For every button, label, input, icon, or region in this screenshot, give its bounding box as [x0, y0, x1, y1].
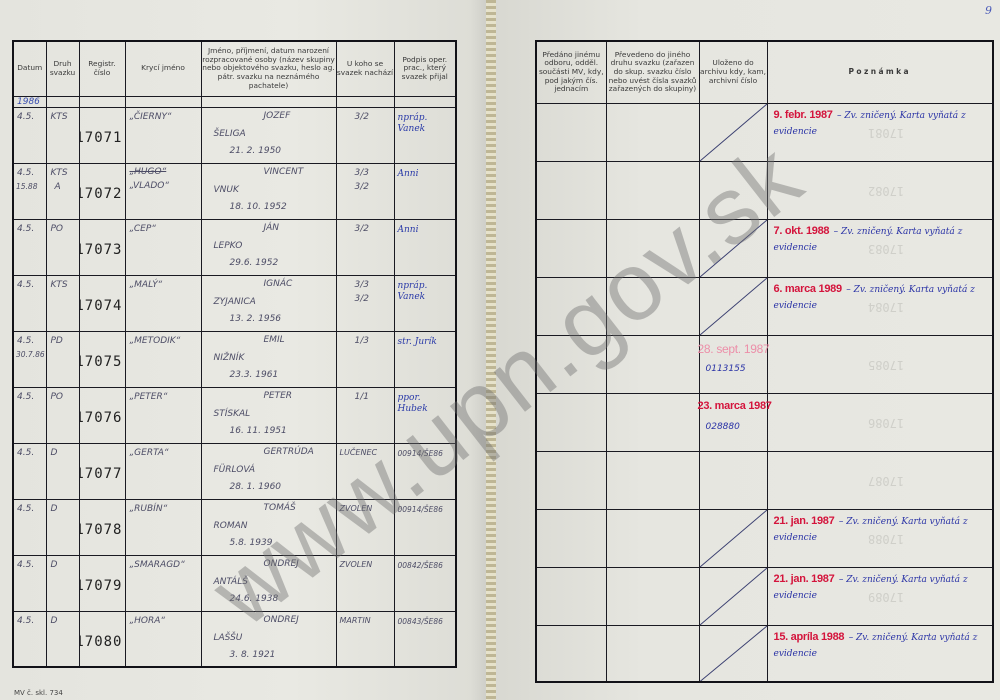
- converted-cell: [606, 393, 699, 451]
- cover-name-struck: „HUGO“: [130, 167, 167, 177]
- table-row: 170837. okt. 1988 – Zv. zničený. Karta v…: [536, 219, 993, 277]
- file-type: PO: [51, 224, 64, 234]
- cover-name: „CEP“: [130, 224, 156, 234]
- reg-cell: 17071: [79, 107, 125, 163]
- holder-cell: 3/2: [336, 107, 394, 163]
- date: 4.5.: [17, 280, 34, 290]
- transferred-cell: [536, 451, 606, 509]
- person-cell: ONDREJANTÁLŠ24.6. 1938: [201, 555, 336, 611]
- first-name: TOMÁŠ: [264, 503, 296, 513]
- archive-cell: [699, 625, 767, 682]
- file-type: D: [51, 504, 58, 514]
- reg-cell: 17080: [79, 611, 125, 667]
- strike-diagonal-icon: [700, 510, 767, 567]
- converted-cell: [606, 103, 699, 161]
- holder-cell: ZVOLEN: [336, 499, 394, 555]
- table-row: 4.5.D17078„RUBÍN“TOMÁŠROMAN5.8. 1939ZVOL…: [13, 499, 456, 555]
- file-type: KTS: [51, 112, 68, 122]
- table-row: 28. sept. 1987011315517085: [536, 335, 993, 393]
- cover-name: „GERTA“: [130, 448, 169, 458]
- holder-cell: 1/3: [336, 331, 394, 387]
- date: 4.5.: [17, 560, 34, 570]
- reg-cell: 17077: [79, 443, 125, 499]
- last-name: ROMAN: [214, 521, 248, 531]
- registration-number: 17079: [79, 578, 123, 594]
- file-type: D: [51, 560, 58, 570]
- spine-shadow: [470, 0, 486, 700]
- table-row: 17082: [536, 161, 993, 219]
- file-type: KTS: [51, 168, 68, 178]
- register-table-left: Datum Druh svazku Registr. číslo Krycí j…: [12, 40, 457, 668]
- first-name: ONDREJ: [264, 615, 299, 625]
- birth-date: 21. 2. 1950: [230, 146, 282, 156]
- holder-cell: 3/33/2: [336, 275, 394, 331]
- first-name: ONDREJ: [264, 559, 299, 569]
- reg-cell: 17073: [79, 219, 125, 275]
- strike-diagonal-icon: [700, 104, 767, 161]
- table-row: 4.5.KTS17071„ČIERNY“JOZEFŠELIGA21. 2. 19…: [13, 107, 456, 163]
- first-name: IGNÁC: [264, 279, 293, 289]
- holder-secondary: 3/2: [355, 294, 369, 304]
- note-cell: 170846. marca 1989 – Zv. zničený. Karta …: [767, 277, 993, 335]
- person-cell: EMILNIŽNÍK23.3. 1961: [201, 331, 336, 387]
- type-cell: D: [46, 555, 79, 611]
- person-cell: PETERSTÍSKAL16. 11. 1951: [201, 387, 336, 443]
- signature: str. Jurík: [398, 337, 453, 348]
- first-name: JOZEF: [264, 111, 291, 121]
- header-note: Poznámka: [767, 41, 993, 103]
- signature: 00843/ŠE86: [398, 617, 443, 626]
- cover-cell: „HORA“: [125, 611, 201, 667]
- note-cell: 17086: [767, 393, 993, 451]
- birth-date: 13. 2. 1956: [230, 314, 282, 324]
- file-type: KTS: [51, 280, 68, 290]
- archive-cell: 23. marca 1987028880: [699, 393, 767, 451]
- cover-cell: „GERTA“: [125, 443, 201, 499]
- note-cell: 170819. febr. 1987 – Zv. zničený. Karta …: [767, 103, 993, 161]
- holder: 3/3: [355, 280, 369, 290]
- converted-cell: [606, 625, 699, 682]
- birth-date: 24.6. 1938: [230, 594, 279, 604]
- transferred-cell: [536, 277, 606, 335]
- cover-name: „SMARAGD“: [130, 560, 185, 570]
- table-row: 4.5.PO17076„PETER“PETERSTÍSKAL16. 11. 19…: [13, 387, 456, 443]
- transferred-cell: [536, 567, 606, 625]
- signature: 00842/ŠE86: [398, 561, 443, 570]
- note-date-stamp: 7. okt. 1988: [774, 225, 830, 237]
- note-cell: 170837. okt. 1988 – Zv. zničený. Karta v…: [767, 219, 993, 277]
- first-name: JÁN: [264, 223, 280, 233]
- registration-number: 17080: [79, 634, 123, 650]
- converted-cell: [606, 277, 699, 335]
- archive-date-stamp: 28. sept. 1987: [698, 342, 770, 356]
- cover-name: „VLADO“: [130, 181, 170, 191]
- first-name: PETER: [264, 391, 293, 401]
- holder: MARTIN: [340, 616, 371, 625]
- transferred-cell: [536, 393, 606, 451]
- reg-cell: 17078: [79, 499, 125, 555]
- archive-cell: [699, 103, 767, 161]
- first-name: VINCENT: [264, 167, 304, 177]
- holder-cell: LUČENEC: [336, 443, 394, 499]
- holder: 1/3: [355, 336, 369, 346]
- date-cell: 4.5.30.7.86: [13, 331, 46, 387]
- signature-cell: ppor. Hubek: [394, 387, 456, 443]
- cover-cell: „HUGO“„VLADO“: [125, 163, 201, 219]
- signature: Anni: [398, 169, 453, 180]
- cover-name: „METODIK“: [130, 336, 181, 346]
- date-cell: 4.5.: [13, 219, 46, 275]
- signature-cell: str. Jurík: [394, 331, 456, 387]
- note-cell: 1708921. jan. 1987 – Zv. zničený. Karta …: [767, 567, 993, 625]
- registration-number: 17078: [79, 522, 123, 538]
- registration-number: 17076: [79, 410, 123, 426]
- header-registration-number: Registr. číslo: [79, 41, 125, 96]
- birth-date: 28. 1. 1960: [230, 482, 282, 492]
- date-cell: 4.5.: [13, 611, 46, 667]
- holder: 3/2: [355, 112, 369, 122]
- strike-diagonal-icon: [700, 220, 767, 277]
- bleed-through-number: 17082: [868, 184, 904, 198]
- archive-cell: [699, 451, 767, 509]
- note-cell: 17087: [767, 451, 993, 509]
- header-date: Datum: [13, 41, 46, 96]
- note-cell: 1708821. jan. 1987 – Zv. zničený. Karta …: [767, 509, 993, 567]
- reg-cell: 17072: [79, 163, 125, 219]
- type-cell: D: [46, 611, 79, 667]
- cover-cell: „ČIERNY“: [125, 107, 201, 163]
- last-name: ANTÁLŠ: [214, 577, 248, 587]
- table-row: 17087: [536, 451, 993, 509]
- table-row: 170846. marca 1989 – Zv. zničený. Karta …: [536, 277, 993, 335]
- archive-cell: [699, 277, 767, 335]
- person-cell: JOZEFŠELIGA21. 2. 1950: [201, 107, 336, 163]
- last-name: ŠELIGA: [214, 129, 246, 139]
- date-secondary: 15.88: [16, 182, 37, 191]
- date-cell: 4.5.: [13, 443, 46, 499]
- note-date-stamp: 15. apríla 1988: [774, 631, 845, 643]
- note-cell: 17082: [767, 161, 993, 219]
- converted-cell: [606, 509, 699, 567]
- archive-cell: 28. sept. 19870113155: [699, 335, 767, 393]
- date-cell: 4.5.: [13, 275, 46, 331]
- converted-cell: [606, 219, 699, 277]
- holder-cell: 1/1: [336, 387, 394, 443]
- registration-number: 17074: [79, 298, 123, 314]
- signature: 00914/ŠE86: [398, 449, 443, 458]
- date-cell: 4.5.: [13, 555, 46, 611]
- note-date-stamp: 6. marca 1989: [774, 283, 842, 295]
- date-cell: 4.5.: [13, 387, 46, 443]
- cover-name: „RUBÍN“: [130, 504, 168, 514]
- last-name: NIŽNÍK: [214, 353, 245, 363]
- last-name: VNUK: [214, 185, 239, 195]
- holder: LUČENEC: [340, 448, 378, 457]
- file-type: D: [51, 616, 58, 626]
- person-cell: JÁNLEPKO29.6. 1952: [201, 219, 336, 275]
- converted-cell: [606, 451, 699, 509]
- holder-cell: ZVOLEN: [336, 555, 394, 611]
- note-date-stamp: 21. jan. 1987: [774, 573, 835, 585]
- signature-cell: 00914/ŠE86: [394, 499, 456, 555]
- file-type: PO: [51, 392, 64, 402]
- table-row: 4.5.D17077„GERTA“GERTRÚDAFÜRLOVÁ28. 1. 1…: [13, 443, 456, 499]
- file-type-secondary: A: [55, 182, 61, 192]
- registration-number: 17077: [79, 466, 123, 482]
- archive-date-stamp: 23. marca 1987: [698, 400, 772, 412]
- date-cell: 4.5.: [13, 107, 46, 163]
- signature-cell: npráp. Vanek: [394, 107, 456, 163]
- cover-name: „ČIERNY“: [130, 112, 172, 122]
- cover-cell: „MALÝ“: [125, 275, 201, 331]
- registration-number: 17073: [79, 242, 123, 258]
- reg-cell: 17079: [79, 555, 125, 611]
- holder-secondary: 3/2: [355, 182, 369, 192]
- converted-cell: [606, 567, 699, 625]
- cover-cell: „METODIK“: [125, 331, 201, 387]
- year-label: 1986: [17, 97, 40, 107]
- transferred-cell: [536, 219, 606, 277]
- signature-cell: 00843/ŠE86: [394, 611, 456, 667]
- type-cell: PO: [46, 219, 79, 275]
- date: 4.5.: [17, 336, 34, 346]
- first-name: EMIL: [264, 335, 285, 345]
- date: 4.5.: [17, 616, 34, 626]
- birth-date: 23.3. 1961: [230, 370, 279, 380]
- holder-cell: MARTIN: [336, 611, 394, 667]
- birth-date: 3. 8. 1921: [230, 650, 276, 660]
- date: 4.5.: [17, 392, 34, 402]
- reg-cell: 17075: [79, 331, 125, 387]
- date: 4.5.: [17, 224, 34, 234]
- transferred-cell: [536, 625, 606, 682]
- type-cell: D: [46, 443, 79, 499]
- type-cell: PO: [46, 387, 79, 443]
- last-name: ZYJANICA: [214, 297, 256, 307]
- date: 4.5.: [17, 504, 34, 514]
- table-row: 4.5.15.88KTSA17072„HUGO“„VLADO“VINCENTVN…: [13, 163, 456, 219]
- date-cell: 4.5.: [13, 499, 46, 555]
- cover-cell: „PETER“: [125, 387, 201, 443]
- page-number: 9: [985, 4, 992, 17]
- last-name: FÜRLOVÁ: [214, 465, 256, 475]
- cover-name: „HORA“: [130, 616, 166, 626]
- type-cell: KTS: [46, 107, 79, 163]
- date: 4.5.: [17, 168, 34, 178]
- signature: Anni: [398, 225, 453, 236]
- reg-cell: 17074: [79, 275, 125, 331]
- register-table-right: Předáno jinému odboru, odděl. součásti M…: [535, 40, 994, 683]
- signature: ppor. Hubek: [398, 393, 453, 415]
- signature-cell: 00842/ŠE86: [394, 555, 456, 611]
- archive-cell: [699, 161, 767, 219]
- cover-cell: „SMARAGD“: [125, 555, 201, 611]
- birth-date: 29.6. 1952: [230, 258, 279, 268]
- table-row: 1708821. jan. 1987 – Zv. zničený. Karta …: [536, 509, 993, 567]
- holder-cell: 3/2: [336, 219, 394, 275]
- registration-number: 17072: [79, 186, 123, 202]
- signature: npráp. Vanek: [398, 281, 453, 303]
- header-converted: Převedeno do jiného druhu svazku (zařaze…: [606, 41, 699, 103]
- table-row: 4.5.D17079„SMARAGD“ONDREJANTÁLŠ24.6. 193…: [13, 555, 456, 611]
- archive-cell: [699, 567, 767, 625]
- bleed-through-number: 17085: [868, 358, 904, 372]
- signature-cell: 00914/ŠE86: [394, 443, 456, 499]
- type-cell: KTSA: [46, 163, 79, 219]
- file-type: D: [51, 448, 58, 458]
- header-holder: U koho se svazek nachází: [336, 41, 394, 96]
- note-cell: 17085: [767, 335, 993, 393]
- person-cell: GERTRÚDAFÜRLOVÁ28. 1. 1960: [201, 443, 336, 499]
- header-person-details: Jméno, příjmení, datum narození rozpraco…: [201, 41, 336, 96]
- strike-diagonal-icon: [700, 568, 767, 625]
- signature: npráp. Vanek: [398, 113, 453, 135]
- date: 4.5.: [17, 448, 34, 458]
- header-signature: Podpis oper. prac., který svazek přijal: [394, 41, 456, 96]
- strike-diagonal-icon: [700, 278, 767, 335]
- holder: 1/1: [355, 392, 369, 402]
- holder: ZVOLEN: [340, 504, 373, 513]
- reg-cell: 17076: [79, 387, 125, 443]
- last-name: LEPKO: [214, 241, 243, 251]
- archive-number: 0113155: [706, 364, 746, 374]
- strike-diagonal-icon: [700, 626, 767, 682]
- year-cell: 1986: [13, 96, 46, 107]
- person-cell: IGNÁCZYJANICA13. 2. 1956: [201, 275, 336, 331]
- table-row: 1708921. jan. 1987 – Zv. zničený. Karta …: [536, 567, 993, 625]
- form-footer: MV č. skl. 734: [14, 689, 63, 697]
- holder: 3/3: [355, 168, 369, 178]
- person-cell: TOMÁŠROMAN5.8. 1939: [201, 499, 336, 555]
- converted-cell: [606, 161, 699, 219]
- date: 4.5.: [17, 112, 34, 122]
- table-row: 23. marca 198702888017086: [536, 393, 993, 451]
- archive-number: 028880: [706, 422, 740, 432]
- table-row: 4.5.KTS17074„MALÝ“IGNÁCZYJANICA13. 2. 19…: [13, 275, 456, 331]
- header-file-type: Druh svazku: [46, 41, 79, 96]
- header-archived: Uloženo do archivu kdy, kam, archivní čí…: [699, 41, 767, 103]
- header-cover-name: Krycí jméno: [125, 41, 201, 96]
- last-name: LAŠŠU: [214, 633, 243, 643]
- signature-cell: Anni: [394, 219, 456, 275]
- signature-cell: Anni: [394, 163, 456, 219]
- note-date-stamp: 9. febr. 1987: [774, 109, 833, 121]
- table-row: 4.5.D17080„HORA“ONDREJLAŠŠU3. 8. 1921MAR…: [13, 611, 456, 667]
- type-cell: D: [46, 499, 79, 555]
- table-row: 4.5.30.7.86PD17075„METODIK“EMILNIŽNÍK23.…: [13, 331, 456, 387]
- file-type: PD: [51, 336, 63, 346]
- type-cell: KTS: [46, 275, 79, 331]
- holder: 3/2: [355, 224, 369, 234]
- bleed-through-number: 17087: [868, 474, 904, 488]
- book-spine-binding: [486, 0, 496, 700]
- cover-cell: „CEP“: [125, 219, 201, 275]
- cover-name: „MALÝ“: [130, 280, 163, 290]
- transferred-cell: [536, 103, 606, 161]
- transferred-cell: [536, 335, 606, 393]
- note-cell: 15. apríla 1988 – Zv. zničený. Karta vyň…: [767, 625, 993, 682]
- archive-cell: [699, 509, 767, 567]
- registration-number: 17071: [79, 130, 123, 146]
- birth-date: 16. 11. 1951: [230, 426, 287, 436]
- holder-cell: 3/33/2: [336, 163, 394, 219]
- birth-date: 5.8. 1939: [230, 538, 273, 548]
- note-date-stamp: 21. jan. 1987: [774, 515, 835, 527]
- transferred-cell: [536, 161, 606, 219]
- birth-date: 18. 10. 1952: [230, 202, 287, 212]
- table-row: 15. apríla 1988 – Zv. zničený. Karta vyň…: [536, 625, 993, 682]
- holder: ZVOLEN: [340, 560, 373, 569]
- header-transferred: Předáno jinému odboru, odděl. součásti M…: [536, 41, 606, 103]
- type-cell: PD: [46, 331, 79, 387]
- table-row: 4.5.PO17073„CEP“JÁNLEPKO29.6. 19523/2Ann…: [13, 219, 456, 275]
- transferred-cell: [536, 509, 606, 567]
- first-name: GERTRÚDA: [264, 447, 314, 457]
- date-cell: 4.5.15.88: [13, 163, 46, 219]
- cover-name: „PETER“: [130, 392, 168, 402]
- converted-cell: [606, 335, 699, 393]
- person-cell: VINCENTVNUK18. 10. 1952: [201, 163, 336, 219]
- table-row: 170819. febr. 1987 – Zv. zničený. Karta …: [536, 103, 993, 161]
- bleed-through-number: 17086: [868, 416, 904, 430]
- cover-cell: „RUBÍN“: [125, 499, 201, 555]
- registration-number: 17075: [79, 354, 123, 370]
- signature: 00914/ŠE86: [398, 505, 443, 514]
- person-cell: ONDREJLAŠŠU3. 8. 1921: [201, 611, 336, 667]
- date-secondary: 30.7.86: [16, 350, 45, 359]
- signature-cell: npráp. Vanek: [394, 275, 456, 331]
- last-name: STÍSKAL: [214, 409, 251, 419]
- archive-cell: [699, 219, 767, 277]
